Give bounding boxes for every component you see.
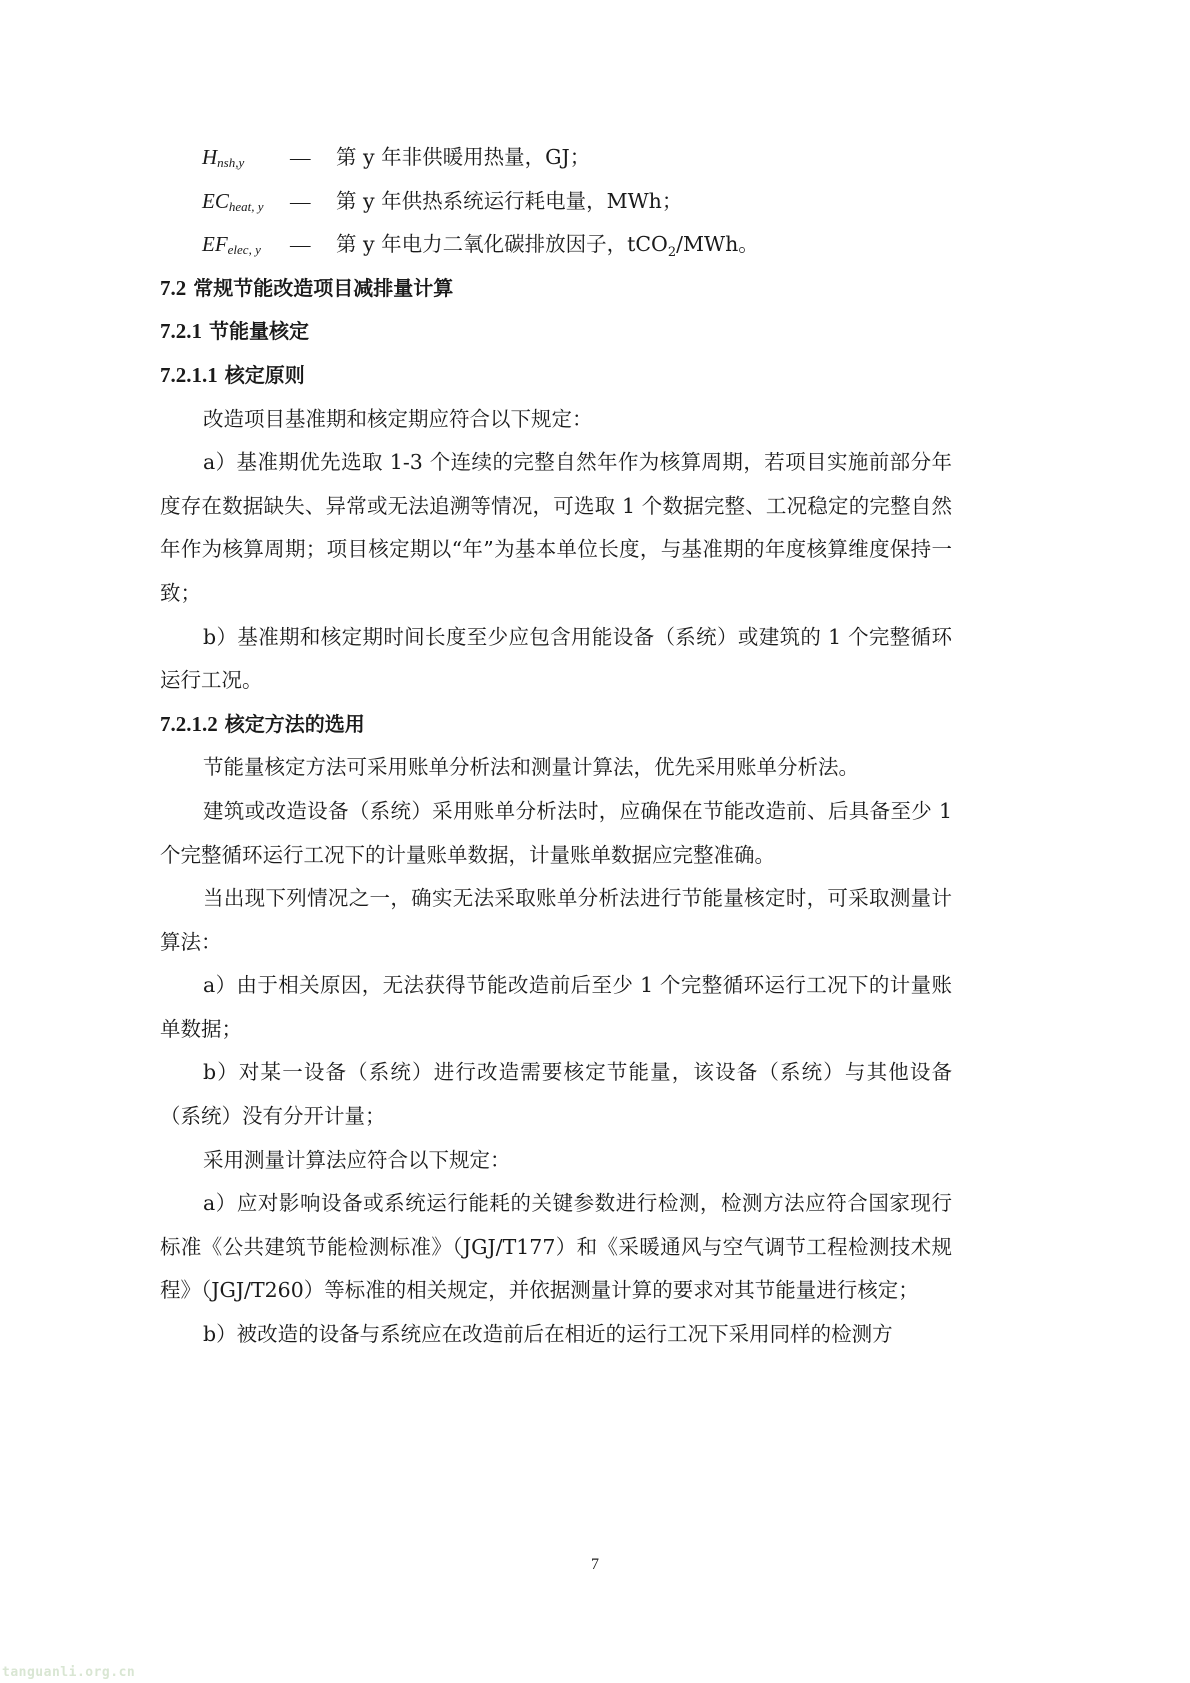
section-title: 常规节能改造项目减排量计算 [193,276,453,300]
section-heading-7-2-1: 7.2.1 节能量核定 [160,310,952,354]
section-title: 节能量核定 [209,319,309,343]
definition-row-echeat: ECheat, y—第 y 年供热系统运行耗电量，MWh； [160,180,952,224]
section-title: 核定方法的选用 [225,712,365,736]
symbol-hnsh: Hnsh,y [202,136,290,185]
section-number: 7.2.1 [160,319,202,343]
section-heading-7-2-1-1: 7.2.1.1 核定原则 [160,354,952,398]
paragraph-method-choice: 节能量核定方法可采用账单分析法和测量计算法，优先采用账单分析法。 [160,746,952,790]
em-dash: — [290,224,336,268]
definition-text: 第 y 年非供暖用热量，GJ； [336,145,590,169]
paragraph-baseline-period: a）基准期优先选取 1-3 个连续的完整自然年作为核算周期，若项目实施前部分年度… [160,441,952,615]
document-page: Hnsh,y—第 y 年非供暖用热量，GJ； ECheat, y—第 y 年供热… [0,0,1190,1683]
paragraph-period-length: b）基准期和核定期时间长度至少应包含用能设备（系统）或建筑的 1 个完整循环运行… [160,616,952,703]
section-heading-7-2-1-2: 7.2.1.2 核定方法的选用 [160,703,952,747]
symbol-efelec: EFelec, y [202,223,290,272]
page-content: Hnsh,y—第 y 年非供暖用热量，GJ； ECheat, y—第 y 年供热… [160,136,952,1357]
em-dash: — [290,137,336,181]
page-number: 7 [0,1556,1190,1574]
paragraph-measurement-rules-intro: 采用测量计算法应符合以下规定： [160,1139,952,1183]
paragraph-condition-b: b）对某一设备（系统）进行改造需要核定节能量，该设备（系统）与其他设备（系统）没… [160,1051,952,1138]
section-heading-7-2: 7.2 常规节能改造项目减排量计算 [160,267,952,311]
section-number: 7.2.1.2 [160,712,218,736]
section-title: 核定原则 [225,363,305,387]
paragraph-period-rules-intro: 改造项目基准期和核定期应符合以下规定： [160,398,952,442]
em-dash: — [290,181,336,225]
paragraph-measurement-conditions: 当出现下列情况之一，确实无法采取账单分析法进行节能量核定时，可采取测量计算法： [160,877,952,964]
definition-row-hnsh: Hnsh,y—第 y 年非供暖用热量，GJ； [160,136,952,180]
definition-text: 第 y 年供热系统运行耗电量，MWh； [336,189,682,213]
watermark: tanguanli.org.cn [2,1665,135,1680]
paragraph-bill-analysis: 建筑或改造设备（系统）采用账单分析法时，应确保在节能改造前、后具备至少 1 个完… [160,790,952,877]
definition-text: 第 y 年电力二氧化碳排放因子，tCO2/MWh。 [336,232,759,256]
paragraph-rule-b: b）被改造的设备与系统应在改造前后在相近的运行工况下采用同样的检测方 [160,1313,952,1357]
symbol-echeat: ECheat, y [202,180,290,229]
paragraph-rule-a: a）应对影响设备或系统运行能耗的关键参数进行检测，检测方法应符合国家现行标准《公… [160,1182,952,1313]
paragraph-condition-a: a）由于相关原因，无法获得节能改造前后至少 1 个完整循环运行工况下的计量账单数… [160,964,952,1051]
definition-row-efelec: EFelec, y—第 y 年电力二氧化碳排放因子，tCO2/MWh。 [160,223,952,267]
section-number: 7.2.1.1 [160,363,218,387]
section-number: 7.2 [160,276,186,300]
